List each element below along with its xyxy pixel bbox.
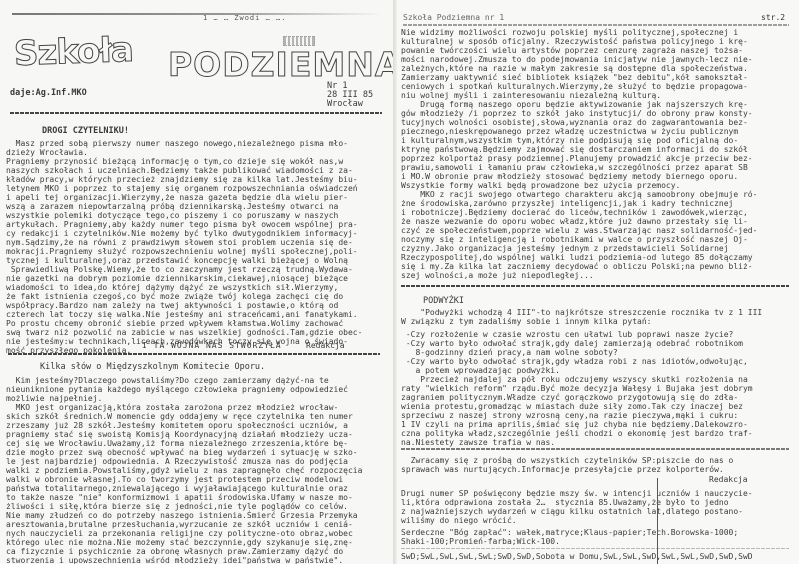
- text-line: ceniowych i spotkań kulturalnych.Wierzym…: [401, 82, 757, 91]
- section-divider-appeal: [401, 448, 789, 450]
- continuation-body: Nie widzimy możliwości rozwoju polskiej …: [401, 28, 757, 280]
- text-line: Kim jesteśmy?Dlaczego powstaliśmy?Do cze…: [6, 376, 362, 385]
- text-line: i kulturalnym,wszystkim tym,którzy nie p…: [401, 136, 757, 145]
- podwyzki-body: Przecież najdalej za pół roku odczujemy …: [401, 375, 753, 447]
- text-line: tycznej i kulturalnej,oraz przedstawić k…: [6, 256, 362, 265]
- text-line: się i my.Za kilka lat zaczniemy decydowa…: [401, 262, 757, 271]
- text-line: W związku z tym zadaliśmy sobie i innym …: [401, 317, 762, 326]
- publisher-line: daje:Ag.Inf.MKO: [10, 88, 87, 98]
- text-line: 1 IV czyli na prima aprilis,śmiać się ju…: [401, 420, 753, 429]
- podwyzki-heading: PODWYŻKI: [423, 296, 464, 306]
- thanks-note: Serdeczne "Bóg zapłać": wałek,matryce;Kl…: [401, 528, 738, 546]
- text-line: Sprawiedliwą Polskę.Wiemy,że to co zaczy…: [6, 265, 362, 274]
- text-line: wiliśmy do niego wrócić.: [401, 516, 753, 525]
- text-line: zależnych,które na razie w małym zakresi…: [401, 64, 757, 73]
- text-line: dzie mogło przez swą obecność wpływać na…: [6, 448, 362, 457]
- text-line: aresztowania,brutalne przesłuchania,wyrz…: [6, 520, 362, 529]
- mko-heading: Kilka słów o Międzyszkolnym Komitecie Op…: [40, 362, 265, 372]
- text-line: a potem wprowadzając podwyżki.: [401, 366, 748, 375]
- next-issue-note: Drugi numer SP poświęcony będzie mszy św…: [401, 489, 753, 525]
- text-line: walki w obronie własnej.To co tworzymy j…: [6, 475, 362, 484]
- text-line: państwa totalitarnego,zniewalającego i w…: [6, 484, 362, 493]
- text-line: i robotniczej.Będziemy docierać do liceó…: [401, 208, 757, 217]
- text-line: li,która odprawiona została 2… stycznia …: [401, 498, 753, 507]
- running-head-title: Szkoła Podziemna nr 1: [403, 13, 504, 22]
- text-line: kulturalnej w sposób oficjalny. Rzeczywi…: [401, 37, 757, 46]
- text-line: że fakt istnienia czegoś,co być może zwi…: [6, 292, 362, 301]
- text-line: piecznego,nieskrępowanego przez władzę u…: [401, 127, 757, 136]
- section-divider: [8, 353, 380, 355]
- text-line: naszych szkołach i uczelniach.Będziemy t…: [6, 166, 362, 175]
- text-line: prawiu,samowoli i łamaniu praw człowieka…: [401, 163, 757, 172]
- text-line: Masz przed sobą pierwszy numer naszego n…: [6, 139, 362, 148]
- text-line: wienia protestu,gromadząc w miastach duż…: [401, 402, 753, 411]
- text-line: cy redakcji i czytelników.Nie możemy być…: [6, 229, 362, 238]
- text-line: powanie twórczości wielu artystów poprze…: [401, 46, 757, 55]
- masthead-word-podziemna: PODZIEMNA: [168, 45, 393, 84]
- page-1: 1 … … Zwodi … …. Szkoła PODZIEMNA daje:A…: [0, 0, 393, 564]
- text-line: poprzez kolportaż prasy podziemnej.Planu…: [401, 154, 757, 163]
- text-line: Rzeczypospolitej,do wspólnej walki ludzi…: [401, 253, 757, 262]
- text-line: Serdeczne "Bóg zapłać": wałek,matryce;Kl…: [401, 528, 738, 537]
- appeal-signature: Redakcja: [709, 475, 748, 484]
- text-line: szej wolności,a może już niepodległej...: [401, 271, 757, 280]
- text-line: letynem MKO i poprzez to stajemy się org…: [6, 184, 362, 193]
- text-line: i apeli tej organizacji.Wierzymy,że nasz…: [6, 193, 362, 202]
- text-line: skich szkół średnich.W momencie gdy odda…: [6, 412, 362, 421]
- text-line: cej się we Wrocławiu.Uważamy,iż forma ni…: [6, 439, 362, 448]
- podwyzki-questions: -Czy rozłożenie w czasie wzrostu cen uła…: [401, 330, 748, 375]
- text-line: którego ulec nie można.Nie możemy stać b…: [6, 538, 362, 547]
- text-line: Pragniemy przynosić bieżącą informację o…: [6, 157, 362, 166]
- text-line: mości narodowej.Zmusza to do podejmowani…: [401, 55, 757, 64]
- issue-info: Nr 1 28 III 85 Wrocław: [327, 82, 373, 109]
- running-head-rule: [403, 24, 789, 26]
- text-line: na.Niestety zawsze trafia w nas.: [401, 438, 753, 447]
- masthead-word-szkola: Szkoła: [13, 30, 133, 74]
- text-line: MKO jest organizacją,która została zaroż…: [6, 403, 362, 412]
- text-line: pragniemy stać się swoistą Komisją Koord…: [6, 430, 362, 439]
- issue-place: Wrocław: [327, 100, 373, 109]
- text-line: czyć ze społeczeństwem,poprze wielu z wa…: [401, 226, 757, 235]
- text-line: artykułach. Pragniemy,aby każdy numer te…: [6, 220, 362, 229]
- text-line: walki z podziemia.Powstaliśmy,gdyż wielu…: [6, 466, 362, 475]
- text-line: mokracji.Pragniemy służyć rozpowszechnie…: [6, 247, 362, 256]
- text-line: niu wolnej myśli i zainteresowaniu nieza…: [401, 91, 757, 100]
- editorial-signature: Redakcja: [306, 341, 345, 350]
- text-line: -Czy warto było odwołać strajk,gdy władz…: [401, 357, 748, 366]
- text-line: Zwracamy się z prośbą do wszystkich czyt…: [401, 456, 733, 465]
- editorial-motto: I TA WOJNA NAS STWORZYŁA: [142, 341, 282, 350]
- text-line: "Podwyżki wchodzą 4 III"-to najkrótsze s…: [401, 308, 762, 317]
- text-line: sprawach was nurtujących.Informacje prze…: [401, 465, 733, 474]
- text-line: żliwości i siłę,która bierze się z jedno…: [6, 502, 362, 511]
- text-line: Drugi numer SP poświęcony będzie mszy św…: [401, 489, 753, 498]
- text-line: -Czy rozłożenie w czasie wzrostu cen uła…: [401, 330, 748, 339]
- text-line: 8-godzinny dzień pracy,a nam wolne sobot…: [401, 348, 748, 357]
- text-line: swą twarz niż pozwolić na zabicie w nas …: [6, 328, 362, 337]
- text-line: ca fizycznie i psychicznie za obronę wła…: [6, 547, 362, 556]
- text-line: nieuniknione pytania każdego myślącego c…: [6, 385, 362, 394]
- text-line: Przecież najdalej za pół roku odczujemy …: [401, 375, 753, 384]
- text-line: ktrynę państwową.Będziemy zajmować się d…: [401, 145, 757, 154]
- text-line: Drugą formą naszego oporu będzie aktywiz…: [401, 100, 757, 109]
- text-line: stworzenia i upowszechnienia wśród młodz…: [6, 556, 362, 564]
- text-line: gów młodzieży /i poprzez to szkół jako i…: [401, 109, 757, 118]
- text-line: kładów pracy,w których przecież znajdzie…: [6, 175, 362, 184]
- text-line: czterech lat toczy się walka.Nie jesteśm…: [6, 310, 362, 319]
- text-line: zrzeszamy już 28 szkół.Jesteśmy komitete…: [6, 421, 362, 430]
- text-line: le jest najbardziej odpowiednia. A Rzecz…: [6, 457, 362, 466]
- text-line: wszystkie polemiki dotyczące tego,co pis…: [6, 211, 362, 220]
- footer-slogan: SwD;SwL,SwL,SwL,SwL;SwD,SwD,Sobota w Dom…: [401, 552, 753, 561]
- text-line: raty "wielkich reform" rządu.Być może de…: [401, 384, 753, 393]
- text-line: Wszystkie formy walki będą prowadzone be…: [401, 181, 757, 190]
- text-line: nie gazetki na dobrym poziomie dziennika…: [6, 274, 362, 283]
- header-stamp-text: 1 … … Zwodi … ….: [203, 14, 286, 22]
- text-line: współpracy.Bardzo nam zależy na twej akt…: [6, 301, 362, 310]
- editorial-body: Masz przed sobą pierwszy numer naszego n…: [6, 139, 362, 355]
- mko-body: Kim jesteśmy?Dlaczego powstaliśmy?Do cze…: [6, 376, 362, 564]
- text-line: z najważniejszych wydarzeń w ciągu kilku…: [401, 507, 753, 516]
- text-line: zagraniem politycznym.Władze czyć gorącz…: [401, 393, 753, 402]
- text-line: MKO z racji swojego otwartego charakteru…: [401, 190, 757, 199]
- text-line: Nie mamy złudzeń co do potrzeby naszego …: [6, 511, 362, 520]
- text-line: Po prostu chcemy obronić siebie przed wp…: [6, 319, 362, 328]
- text-line: możliwie najpełniej.: [6, 394, 362, 403]
- text-line: -Czy warto było odwołać strajk,gdy dalej…: [401, 339, 748, 348]
- text-line: sprzeciwu z naszej strony wzrosną ceny,n…: [401, 411, 753, 420]
- text-line: to także nasze "nie" konformizmowi i apa…: [6, 493, 362, 502]
- text-line: wiadomości to idea,do której dążymy dąży…: [6, 283, 362, 292]
- top-rule: [12, 13, 382, 15]
- text-line: tucyjnych wolności osobistej,słowa,wyzna…: [401, 118, 757, 127]
- text-line: nym.Sądzimy,że na równi z prawdziwym sło…: [6, 238, 362, 247]
- text-line: Shaki-100;Promień-farba;Wick-100.: [401, 537, 738, 546]
- masthead-divider: [10, 112, 382, 114]
- text-line: czna polityka władz,szczególnie jeśli ch…: [401, 429, 753, 438]
- text-line: Nie widzimy możliwości rozwoju polskiej …: [401, 28, 757, 37]
- fold-mark: [657, 478, 658, 564]
- text-line: wszą a zarazem niepowtarzalną próbą dzie…: [6, 202, 362, 211]
- page-number: str.2: [761, 13, 785, 22]
- section-divider-podwyzki: [401, 285, 789, 287]
- text-line: Zamierzamy uaktywnić sieć bibliotek ksią…: [401, 73, 757, 82]
- footer-rule: [401, 548, 789, 549]
- appeal-body: Zwracamy się z prośbą do wszystkich czyt…: [401, 456, 733, 474]
- text-line: noczymy się z inteligencją i robotnikami…: [401, 235, 757, 244]
- text-line: czyzny.Jako organizacja jesteśmy jednym …: [401, 244, 757, 253]
- editorial-heading: DROGI CZYTELNIKU!: [42, 126, 129, 136]
- page-2: Szkoła Podziemna nr 1 str.2 Nie widzimy …: [397, 0, 799, 564]
- text-line: dzieży Wrocławia.: [6, 148, 362, 157]
- text-line: nych nauczycieli za przekonania religijn…: [6, 529, 362, 538]
- podwyzki-intro: "Podwyżki wchodzą 4 III"-to najkrótsze s…: [401, 308, 762, 326]
- text-line: że nasze wezwanie do oporu wobec władz,k…: [401, 217, 757, 226]
- text-line: żne środowiska,zarówno przyszłej intelig…: [401, 199, 757, 208]
- text-line: i MO.W obronie praw młodzieży stosować b…: [401, 172, 757, 181]
